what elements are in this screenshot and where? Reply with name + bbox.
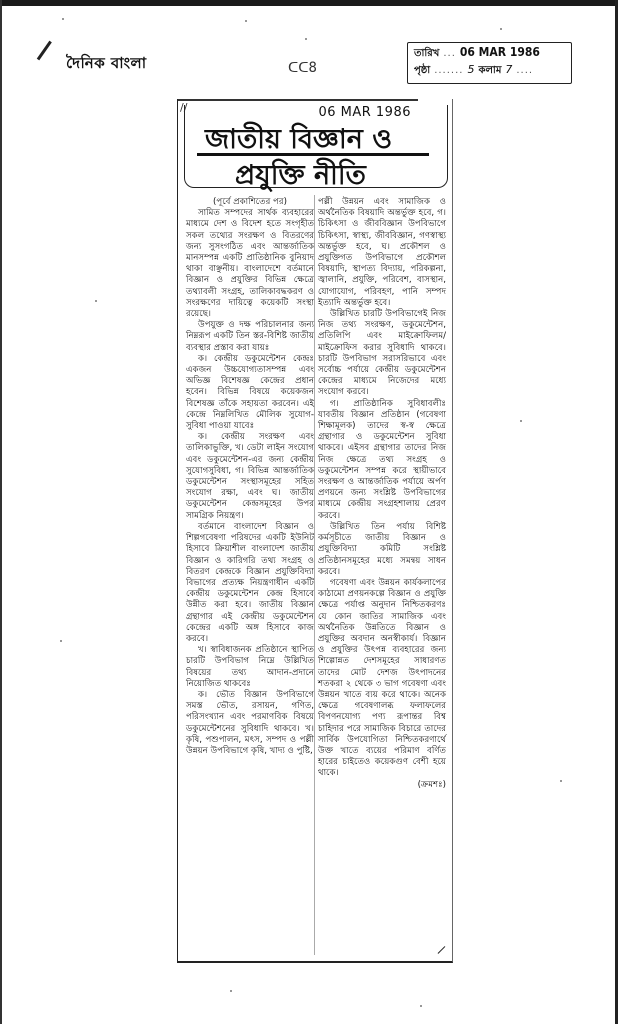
paragraph: খ। স্বাবিধাজনক প্রতিষ্ঠানে স্থাপিত চারটি… <box>186 645 314 690</box>
scan-speck <box>305 38 307 40</box>
stamp-date-row: তারিখ ... 06 MAR 1986 <box>414 45 565 63</box>
stamp-date-label: তারিখ <box>414 46 439 63</box>
paragraph: গ। প্রাতিষ্ঠানিক সুবিধাবলীঃ যাবতীয় বিজ্… <box>318 399 446 522</box>
paragraph: ক। ভৌত বিজ্ঞান উপবিভাগে সমস্ত ভৌত, রসায়… <box>186 690 314 757</box>
paragraph: উল্লিখিত চারটি উপবিভাগেই নিজ নিজ তথ্য সং… <box>318 309 446 399</box>
stamp-dots: ... <box>443 48 456 59</box>
paragraph: ক। কেন্দ্রীয় ডকুমেন্টেশন কেন্দ্রঃ একজন … <box>186 354 314 432</box>
paragraph: ক। কেন্দ্রীয় সংরক্ষণ এবং তালিকাভুক্তি, … <box>186 432 314 522</box>
stamp-page-row: পৃষ্ঠা ....... 5 কলাম 7 .... <box>414 63 565 81</box>
paragraph: উল্লিখিত তিন পর্যায় বিশিষ্ট কর্মসূচীতে … <box>318 522 446 578</box>
paragraph: পল্লী উন্নয়ন এবং সামাজিক ও অর্থনৈতিক বি… <box>318 197 446 309</box>
continued-note: (ক্রমশঃ) <box>318 780 446 791</box>
headline-line-2: প্রযুক্তি নীতি <box>235 155 366 200</box>
headline-box: 06 MAR 1986 জাতীয় বিজ্ঞান ও প্রযুক্তি ন… <box>184 105 448 188</box>
article-column-left: (পূর্বে প্রকাশিতের পর) সামিত সম্পদের সার… <box>186 197 314 757</box>
scan-speck <box>62 18 64 20</box>
paragraph: গবেষণা এবং উন্নয়ন কার্যকলাপের কাঠামো প্… <box>318 578 446 780</box>
paragraph: সামিত সম্পদের সার্থক ব্যবহারের মাধ্যমে দ… <box>186 208 314 320</box>
newspaper-clipping: // 06 MAR 1986 জাতীয় বিজ্ঞান ও প্রযুক্ত… <box>177 99 453 963</box>
paragraph: উপযুক্ত ও দক্ষ পরিচালনার জন্য নিম্নরূপ এ… <box>186 320 314 354</box>
print-date: 06 MAR 1986 <box>318 105 411 120</box>
column-divider <box>314 195 315 955</box>
stamp-page-value: 5 <box>467 63 474 76</box>
scan-speck <box>560 780 562 782</box>
stamp-page-label: পৃষ্ঠা <box>414 63 430 80</box>
scan-speck <box>500 28 502 30</box>
stamp-dots: ....... <box>434 65 463 76</box>
scan-left-edge <box>0 0 2 1024</box>
newspaper-name: দৈনিক বাংলা <box>66 52 147 77</box>
scan-speck <box>95 300 97 302</box>
stamp-column-label: কলাম <box>478 63 501 80</box>
scan-speck <box>245 20 247 22</box>
article-column-right: পল্লী উন্নয়ন এবং সামাজিক ও অর্থনৈতিক বি… <box>318 197 446 791</box>
stamp-column-value: 7 <box>505 63 512 76</box>
scan-speck <box>230 990 232 992</box>
pen-tick-mark <box>37 41 52 61</box>
clipping-corner-mark <box>438 946 453 961</box>
clipping-top-rule <box>178 99 418 101</box>
scan-top-edge <box>0 0 618 6</box>
continued-from: (পূর্বে প্রকাশিতের পর) <box>186 197 314 208</box>
scan-speck <box>60 640 62 642</box>
stamp-dots: .... <box>516 65 533 76</box>
archive-stamp: তারিখ ... 06 MAR 1986 পৃষ্ঠা ....... 5 ক… <box>407 42 572 84</box>
page-mark: ᑕᑕ8 <box>288 60 317 76</box>
stamp-date-value: 06 MAR 1986 <box>460 45 540 59</box>
scan-speck <box>420 1005 422 1007</box>
scan-speck <box>520 420 522 422</box>
paragraph: বর্তমানে বাংলাদেশ বিজ্ঞান ও শিল্পগবেষণা … <box>186 522 314 645</box>
